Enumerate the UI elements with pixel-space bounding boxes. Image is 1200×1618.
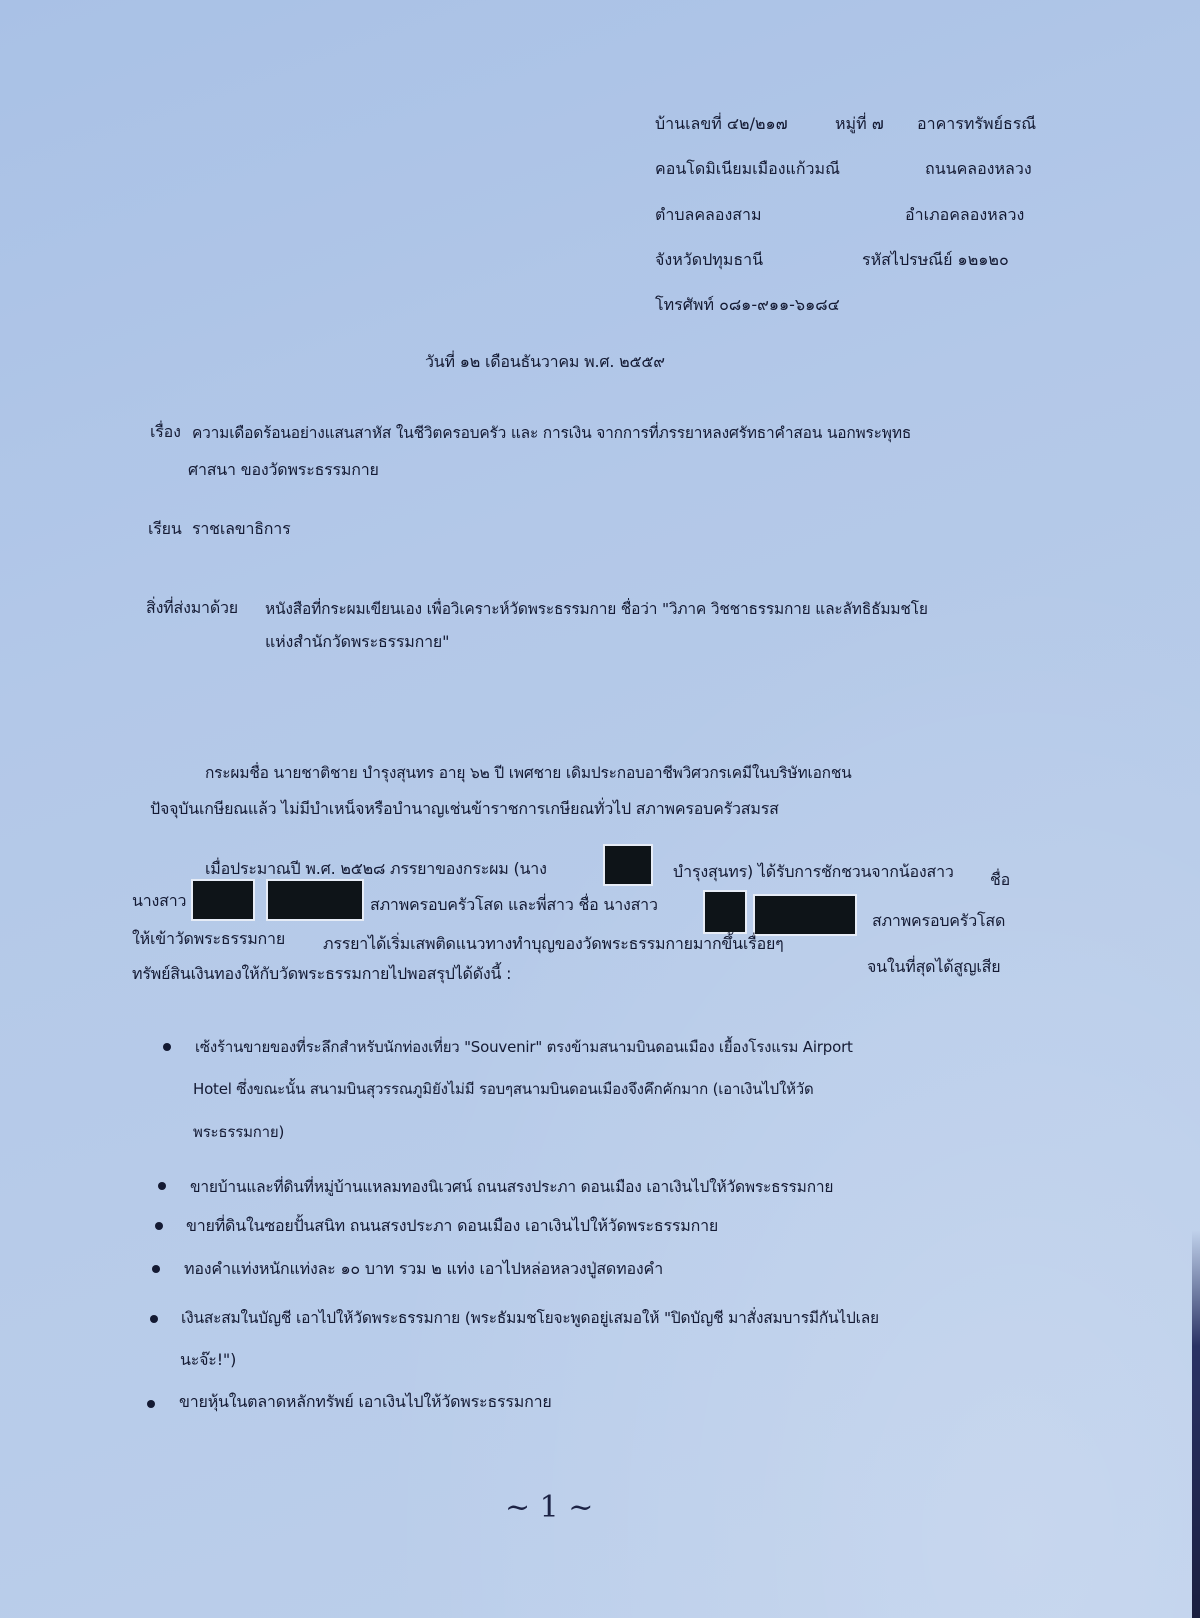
- loss-5-line-1: เงินสะสมในบัญชี เอาไปให้วัดพระธรรมกาย (พ…: [181, 1305, 879, 1330]
- paragraph-2-line-1a: เมื่อประมาณปี พ.ศ. ๒๕๒๘ ภรรยาของกระผม (น…: [205, 857, 547, 882]
- redacted-sister-last-name: [268, 881, 362, 919]
- redacted-wife-first-name: [605, 846, 651, 884]
- loss-2-line-1: ขายบ้านและที่ดินที่หมู่บ้านแหลมทองนิเวศน…: [190, 1174, 833, 1199]
- address-condo: คอนโดมิเนียมเมืองแก้วมณี: [655, 157, 840, 182]
- address-province: จังหวัดปทุมธานี: [655, 248, 763, 273]
- address-building: อาคารทรัพย์ธรณี: [917, 112, 1036, 137]
- redacted-elder-sister-last-name: [755, 896, 855, 934]
- recipient-label: เรียน: [148, 517, 182, 542]
- loss-4-line-1: ทองคำแท่งหนักแท่งละ ๑๐ บาท รวม ๒ แท่ง เอ…: [184, 1257, 663, 1282]
- bullet-icon: [158, 1182, 166, 1190]
- paragraph-2-line-2a: นางสาว: [132, 889, 186, 914]
- redacted-elder-sister-first-name: [705, 892, 745, 932]
- recipient-value: ราชเลขาธิการ: [192, 517, 290, 542]
- enclosure-line-2: แห่งสำนักวัดพระธรรมกาย": [265, 630, 449, 655]
- loss-1-line-3: พระธรรมกาย): [193, 1120, 284, 1144]
- letter-date: วันที่ ๑๒ เดือนธันวาคม พ.ศ. ๒๕๕๙: [425, 350, 665, 375]
- address-road: ถนนคลองหลวง: [925, 157, 1032, 182]
- enclosure-label: สิ่งที่ส่งมาด้วย: [146, 596, 238, 621]
- bullet-icon: [155, 1222, 163, 1230]
- bullet-icon: [147, 1400, 155, 1408]
- address-postcode: รหัสไปรษณีย์ ๑๒๑๒๐: [862, 248, 1009, 273]
- paragraph-1-line-1: กระผมชื่อ นายชาติชาย บำรุงสุนทร อายุ ๖๒ …: [205, 760, 852, 785]
- enclosure-line-1: หนังสือที่กระผมเขียนเอง เพื่อวิเคราะห์วั…: [265, 596, 928, 621]
- paragraph-2-line-2c: สภาพครอบครัวโสด: [872, 909, 1005, 934]
- address-district: อำเภอคลองหลวง: [905, 203, 1024, 228]
- bullet-icon: [152, 1265, 160, 1273]
- loss-3-line-1: ขายที่ดินในซอยปั้นสนิท ถนนสรงประภา ดอนเม…: [186, 1214, 718, 1239]
- loss-1-line-1: เซ้งร้านขายของที่ระลึกสำหรับนักท่องเที่ย…: [195, 1035, 853, 1059]
- paragraph-1-line-2: ปัจจุบันเกษียณแล้ว ไม่มีบำเหน็จหรือบำนาญ…: [150, 797, 779, 822]
- bullet-icon: [150, 1315, 158, 1323]
- address-phone: โทรศัพท์ ๐๘๑-๙๑๑-๖๑๘๔: [655, 293, 840, 318]
- address-village: หมู่ที่ ๗: [835, 112, 884, 137]
- redacted-sister-first-name: [193, 881, 253, 919]
- page-edge-shadow: [1192, 1230, 1200, 1618]
- bullet-icon: [163, 1043, 171, 1051]
- loss-6-line-1: ขายหุ้นในตลาดหลักทรัพย์ เอาเงินไปให้วัดพ…: [179, 1390, 552, 1415]
- paragraph-2-line-3b: ภรรยาได้เริ่มเสพติดแนวทางทำบุญของวัดพระธ…: [323, 932, 784, 957]
- page-number: ~ 1 ~: [505, 1490, 593, 1525]
- loss-5-line-2: นะจ๊ะ!"): [180, 1348, 236, 1373]
- subject-line-2: ศาสนา ของวัดพระธรรมกาย: [188, 458, 379, 483]
- paragraph-2-line-1c: ชื่อ: [990, 868, 1010, 893]
- paragraph-2-line-3c: จนในที่สุดได้สูญเสีย: [867, 955, 1000, 980]
- loss-1-line-2: Hotel ซึ่งขณะนั้น สนามบินสุวรรณภูมิยังไม…: [193, 1077, 814, 1101]
- paragraph-2-line-4: ทรัพย์สินเงินทองให้กับวัดพระธรรมกายไปพอส…: [132, 962, 511, 987]
- subject-line-1: ความเดือดร้อนอย่างแสนสาหัส ในชีวิตครอบคร…: [192, 420, 911, 445]
- subject-label: เรื่อง: [150, 420, 181, 445]
- address-subdistrict: ตำบลคลองสาม: [655, 203, 762, 228]
- paragraph-2-line-1b: บำรุงสุนทร) ได้รับการชักชวนจากน้องสาว: [673, 860, 954, 885]
- paragraph-2-line-2b: สภาพครอบครัวโสด และพี่สาว ชื่อ นางสาว: [370, 893, 658, 918]
- address-house-number: บ้านเลขที่ ๔๒/๒๑๗: [655, 112, 788, 137]
- paragraph-2-line-3a: ให้เข้าวัดพระธรรมกาย: [132, 927, 285, 952]
